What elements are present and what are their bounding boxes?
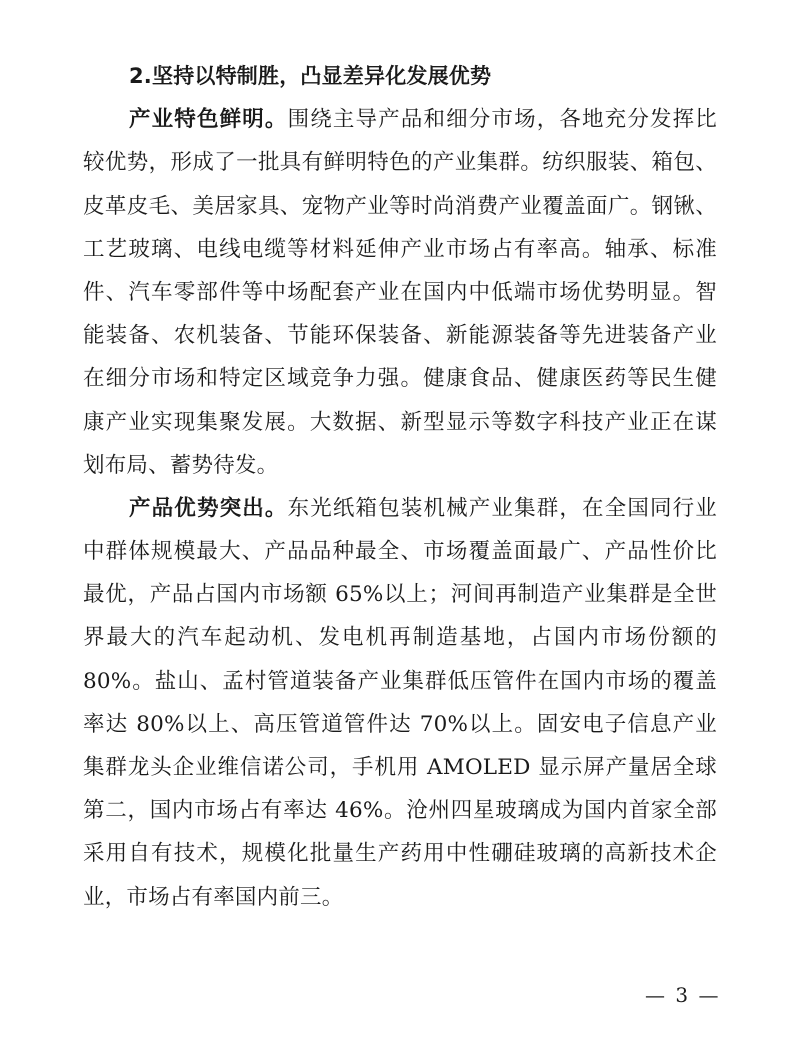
paragraph-line: 产业特色鲜明。围绕主导产品和细分市场，各地充分发挥比 [83,98,717,141]
paragraph-lead: 产品优势突出。 [129,496,288,521]
paragraph-lead: 产业特色鲜明。 [129,107,288,132]
paragraph-industry-features: 产业特色鲜明。围绕主导产品和细分市场，各地充分发挥比 较优势，形成了一批具有鲜明… [83,98,717,487]
paragraph-line: 采用自有技术，规模化批量生产药用中性硼硅玻璃的高新技术企 [83,832,717,875]
paragraph-line: 在细分市场和特定区域竞争力强。健康食品、健康医药等民生健 [83,357,717,400]
paragraph-line: 第二，国内市场占有率达 46%。沧州四星玻璃成为国内首家全部 [83,789,717,832]
paragraph-line: 产品优势突出。东光纸箱包装机械产业集群，在全国同行业 [83,487,717,530]
paragraph-line: 业，市场占有率国内前三。 [83,876,717,919]
paragraph-product-advantages: 产品优势突出。东光纸箱包装机械产业集群，在全国同行业 中群体规模最大、产品品种最… [83,487,717,919]
paragraph-line: 80%。盐山、孟村管道装备产业集群低压管件在国内市场的覆盖 [83,660,717,703]
paragraph-line: 最优，产品占国内市场额 65%以上；河间再制造产业集群是全世 [83,573,717,616]
paragraph-line: 划布局、蓄势待发。 [83,444,717,487]
paragraph-line: 中群体规模最大、产品品种最全、市场覆盖面最广、产品性价比 [83,530,717,573]
paragraph-line: 康产业实现集聚发展。大数据、新型显示等数字科技产业正在谋 [83,401,717,444]
paragraph-line: 工艺玻璃、电线电缆等材料延伸产业市场占有率高。轴承、标准 [83,228,717,271]
paragraph-line: 能装备、农机装备、节能环保装备、新能源装备等先进装备产业 [83,314,717,357]
paragraph-line: 较优势，形成了一批具有鲜明特色的产业集群。纺织服装、箱包、 [83,141,717,184]
document-page: 2.坚持以特制胜，凸显差异化发展优势 产业特色鲜明。围绕主导产品和细分市场，各地… [83,55,717,919]
section-heading: 2.坚持以特制胜，凸显差异化发展优势 [83,55,717,98]
page-number: — 3 — [645,983,720,1007]
paragraph-line: 界最大的汽车起动机、发电机再制造基地，占国内市场份额的 [83,616,717,659]
paragraph-line: 皮革皮毛、美居家具、宠物产业等时尚消费产业覆盖面广。钢锹、 [83,185,717,228]
paragraph-line: 率达 80%以上、高压管道管件达 70%以上。固安电子信息产业 [83,703,717,746]
paragraph-line: 件、汽车零部件等中场配套产业在国内中低端市场优势明显。智 [83,271,717,314]
paragraph-line: 集群龙头企业维信诺公司，手机用 AMOLED 显示屏产量居全球 [83,746,717,789]
